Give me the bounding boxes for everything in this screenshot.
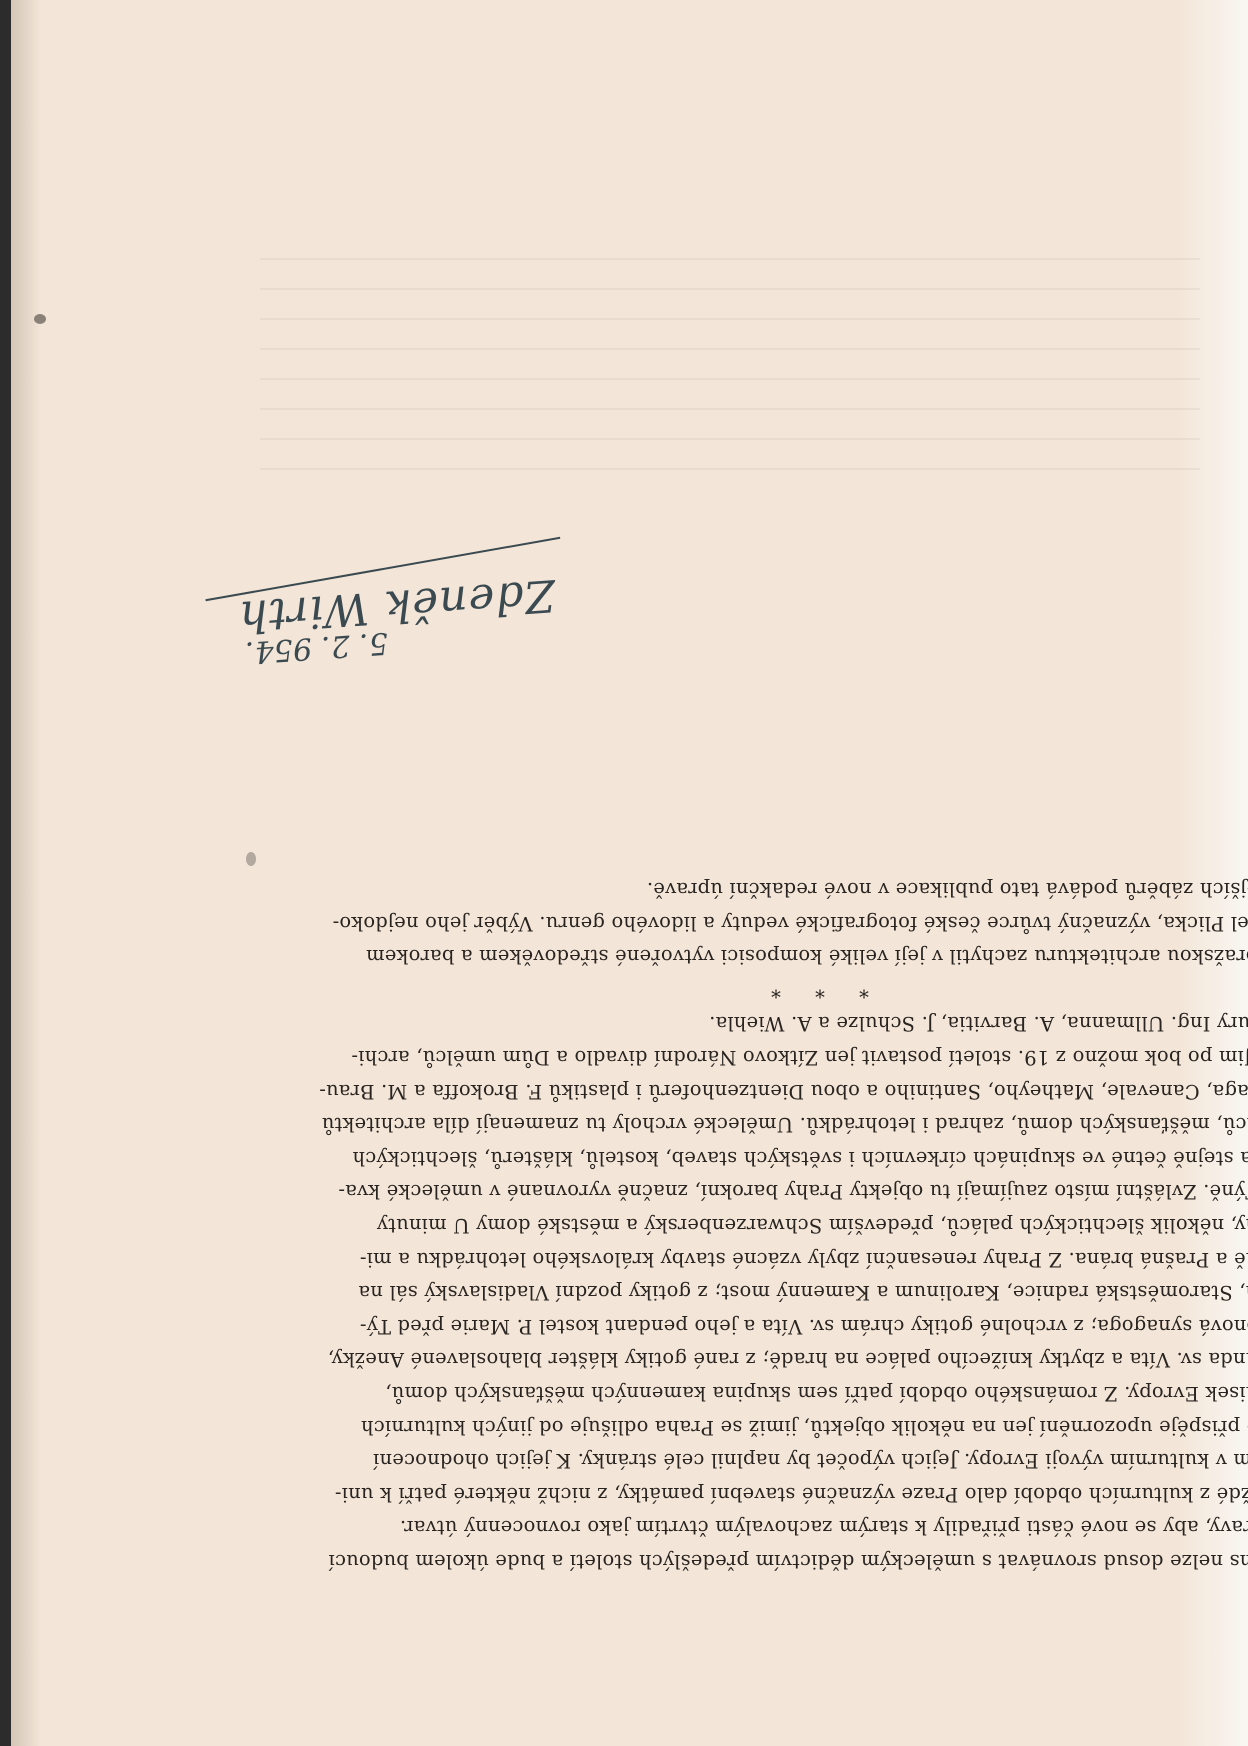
text-line: …ms nelze dosud srovnávat s uměleckým dě… [268,1544,1248,1578]
text-line: … Jim po bok možno z 19. století postavi… [268,1041,1248,1075]
scan-edge-shadow [11,0,41,1746]
text-line: …ejších záběrů podává tato publikace v n… [268,873,1248,907]
paper-spot [246,852,256,866]
text-line: …tury Ing. Ullmanna, A. Barvitia, J. Sch… [268,1007,1248,1041]
text-line: …unda sv. Víta a zbytky knížecího paláce… [268,1343,1248,1377]
text-line: úpravy, aby se nové části přiřadily k st… [268,1511,1248,1545]
text-line: …áců, měšťanských domů, zahrad i letohrá… [268,1108,1248,1142]
handwritten-signature: 5. 2. 954. Zdeněk Wirth [172,532,569,669]
text-line: …disek Evropy. Z románského období patří… [268,1376,1248,1410]
scan-edge-strip [0,0,11,1746]
text-line: …n, Staroměstská radnice, Karolinum a Ka… [268,1276,1248,1310]
bleed-through-text [260,230,1200,590]
text-line: … a stejně četné ve skupinách církevních… [268,1141,1248,1175]
text-line: …e přispěje upozornění jen na několik ob… [268,1410,1248,1444]
text-line: …ny, několik šlechtických paláců, předev… [268,1208,1248,1242]
text-line: …ím v kulturním vývoji Evropy. Jejich vý… [268,1444,1248,1478]
text-line: …raga, Canevale, Matheyho, Santiniho a o… [268,1074,1248,1108]
text-line: …onová synagoga; z vrcholné gotiky chrám… [268,1309,1248,1343]
text-line: …rel Plicka, význačný tvůrce české fotog… [268,906,1248,940]
document-body: …ms nelze dosud srovnávat s uměleckým dě… [268,748,1248,1578]
text-line: …Týně. Zvláštní místo zaujímají tu objek… [268,1175,1248,1209]
section-separator: * * * [268,973,1248,1007]
paper-spot [34,314,46,324]
signature-name: Zdeněk Wirth [237,569,557,642]
text-line: …dě a Prašná brána. Z Prahy renesanční z… [268,1242,1248,1276]
text-line: Každé z kulturních období dalo Praze výz… [268,1477,1248,1511]
text-line: …pražskou architekturu zachytil v její v… [268,940,1248,974]
